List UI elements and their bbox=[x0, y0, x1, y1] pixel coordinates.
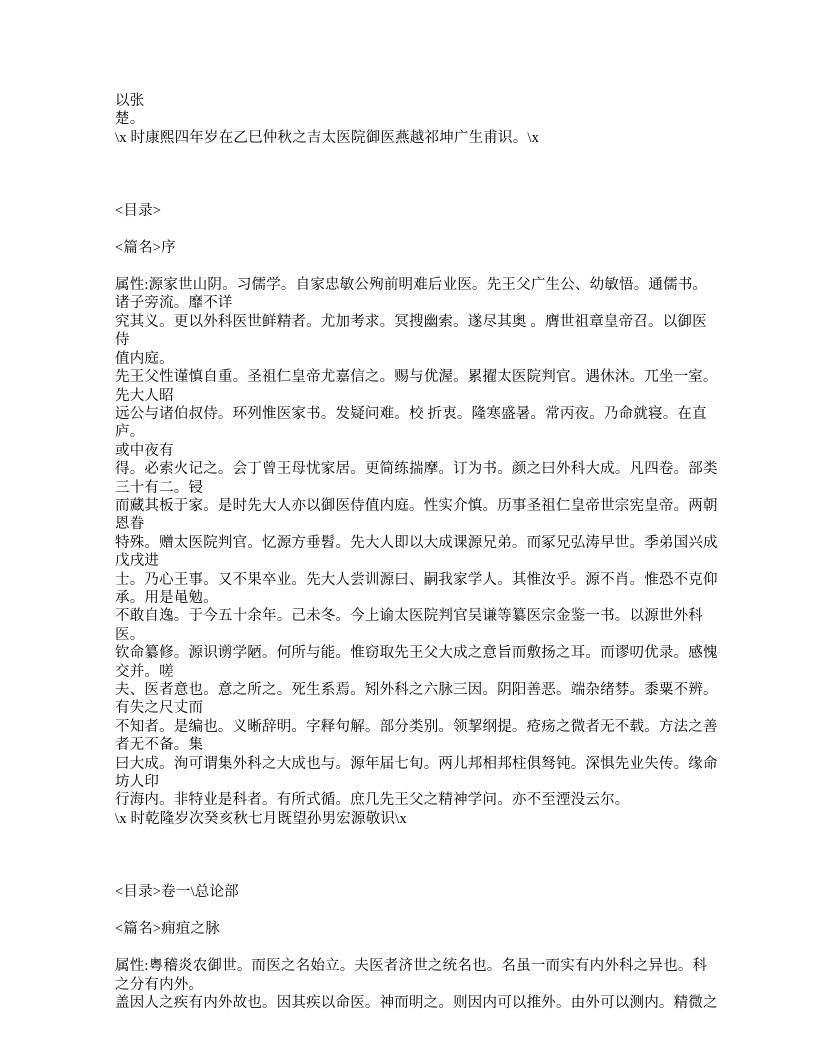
text-line: \x 时康熙四年岁在乙巳仲秋之吉太医院御医燕越祁坤广生甫识。\x bbox=[115, 129, 721, 147]
text-line: 以张 bbox=[115, 92, 721, 110]
text-line bbox=[115, 902, 721, 920]
text-line: 有失之尺丈而 bbox=[115, 699, 721, 717]
text-line: <篇名>痈疽之脉 bbox=[115, 920, 721, 938]
text-line: 夫、医者意也。意之所之。死生系焉。矧外科之六脉三因。阴阳善恶。端杂绪棼。黍粟不辨… bbox=[115, 681, 721, 699]
text-line: \x 时乾隆岁次癸亥秋七月既望孙男宏源敬识\x bbox=[115, 810, 721, 828]
text-line bbox=[115, 258, 721, 276]
text-line: 承。用是黾勉。 bbox=[115, 589, 721, 607]
text-line: 之分有内外。 bbox=[115, 976, 721, 994]
text-line: 值内庭。 bbox=[115, 350, 721, 368]
text-line bbox=[115, 221, 721, 239]
text-line: 属性:源家世山阴。习儒学。自家忠敏公殉前明难后业医。先王父广生公、幼敏悟。通儒书… bbox=[115, 276, 721, 294]
text-line: 先王父性谨慎自重。圣祖仁皇帝尤嘉信之。赐与优渥。累擢太医院判官。遇休沐。兀坐一室… bbox=[115, 368, 721, 386]
text-line: 而藏其板于家。是时先大人亦以御医侍值内庭。性实介慎。历事圣祖仁皇帝世宗宪皇帝。两… bbox=[115, 497, 721, 515]
text-line: <目录> bbox=[115, 202, 721, 220]
text-line: 先大人昭 bbox=[115, 387, 721, 405]
text-line: 钦命纂修。源识谫学陋。何所与能。惟窃取先王父大成之意旨而敷扬之耳。而谬叨优录。感… bbox=[115, 644, 721, 662]
text-line bbox=[115, 147, 721, 165]
text-line: 行海内。非特业是科者。有所式循。庶几先王父之精神学问。亦不至湮没云尔。 bbox=[115, 791, 721, 809]
text-line bbox=[115, 865, 721, 883]
text-line bbox=[115, 939, 721, 957]
text-line: 不敢自逸。于今五十余年。己未冬。今上谕太医院判官吴谦等纂医宗金鉴一书。以源世外科… bbox=[115, 607, 721, 644]
text-line: 者无不备。集 bbox=[115, 736, 721, 754]
text-line: 曰大成。洵可谓集外科之大成也与。源年届七旬。两儿邦相邦柱俱驽钝。深惧先业失传。缘… bbox=[115, 755, 721, 773]
text-line: 诸子旁流。靡不详 bbox=[115, 294, 721, 312]
text-line: 恩眷 bbox=[115, 515, 721, 533]
text-line: 士。乃心王事。又不果卒业。先大人尝训源曰、嗣我家学人。其惟汝乎。源不肖。惟恐不克… bbox=[115, 571, 721, 589]
text-line: 得。必索火记之。会丁曾王母忧家居。更简练揣摩。订为书。颜之曰外科大成。凡四卷。部… bbox=[115, 460, 721, 478]
text-line: <篇名>序 bbox=[115, 239, 721, 257]
text-content: 以张楚。\x 时康熙四年岁在乙巳仲秋之吉太医院御医燕越祁坤广生甫识。\x <目录… bbox=[115, 92, 721, 1012]
text-line: 交并。嗟 bbox=[115, 663, 721, 681]
text-line: 远公与诸伯叔侍。环列惟医家书。发疑问难。校 折衷。隆寒盛暑。常丙夜。乃命就寝。在… bbox=[115, 405, 721, 442]
text-line: 坊人印 bbox=[115, 773, 721, 791]
text-line: 盖因人之疾有内外故也。因其疾以命医。神而明之。则因内可以推外。由外可以测内。精微… bbox=[115, 994, 721, 1012]
text-line bbox=[115, 847, 721, 865]
text-line: 或中夜有 bbox=[115, 442, 721, 460]
text-line bbox=[115, 166, 721, 184]
text-line: 特殊。赠太医院判官。忆源方垂髫。先大人即以大成课源兄弟。而冢兄弘涛早世。季弟国兴… bbox=[115, 534, 721, 552]
text-line: 楚。 bbox=[115, 110, 721, 128]
text-line bbox=[115, 828, 721, 846]
text-line: 究其义。更以外科医世鲜精者。尤加考求。冥搜幽索。遂尽其奥 。膺世祖章皇帝召。以御… bbox=[115, 313, 721, 350]
text-line: <目录>卷一\总论部 bbox=[115, 883, 721, 901]
document-page: 以张楚。\x 时康熙四年岁在乙巳仲秋之吉太医院御医燕越祁坤广生甫识。\x <目录… bbox=[0, 0, 816, 1056]
text-line: 不知者。是编也。义晰辞明。字释句解。部分类别。领挈纲提。疮疡之微者无不载。方法之… bbox=[115, 718, 721, 736]
text-line: 戊戌进 bbox=[115, 552, 721, 570]
text-line: 属性:粤稽炎农御世。而医之名始立。夫医者济世之统名也。名虽一而实有内外科之异也。… bbox=[115, 957, 721, 975]
text-line: 三十有二。锓 bbox=[115, 479, 721, 497]
text-line bbox=[115, 184, 721, 202]
